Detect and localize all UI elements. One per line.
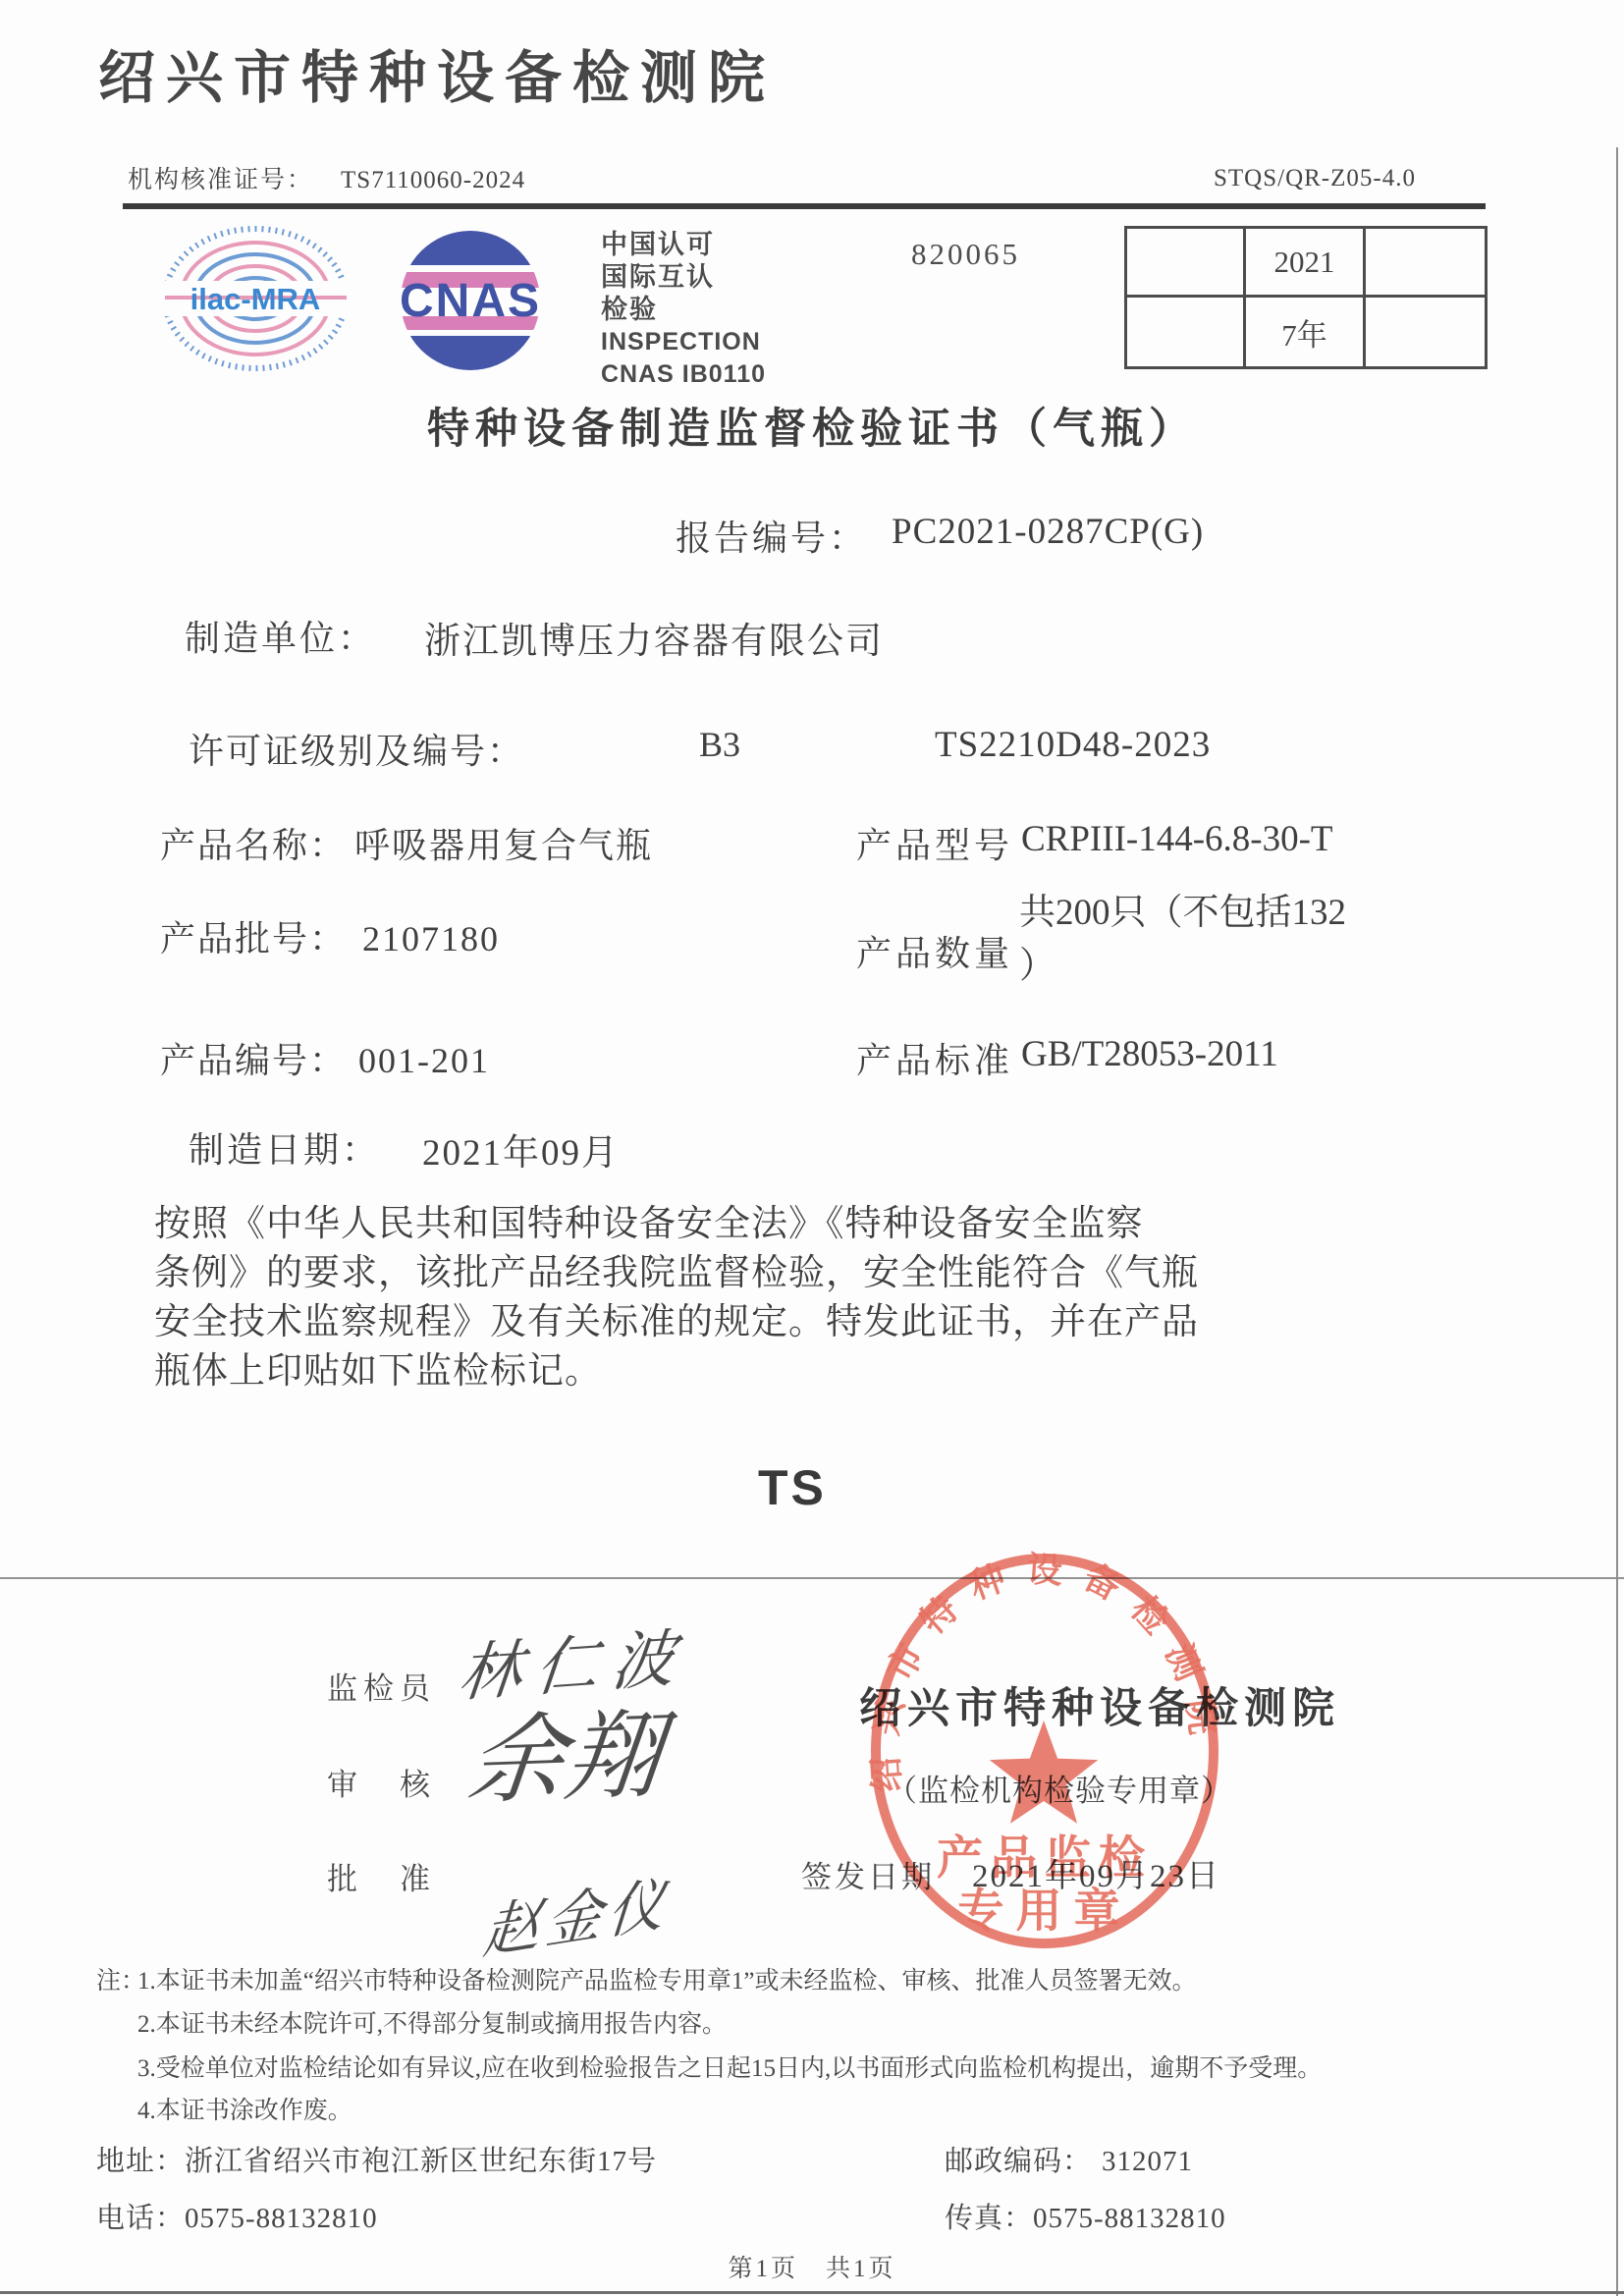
acc-line-1: 中国认可: [601, 229, 766, 261]
fax-label: 传真：: [945, 2203, 1033, 2234]
year-table-cell-duration: 7年: [1246, 298, 1365, 366]
footer-divider: [0, 1577, 1624, 1579]
ts-supervision-mark: TS: [758, 1459, 827, 1516]
year-table-cell-year: 2021: [1246, 229, 1365, 298]
note-item-4: 4.本证书涂改作废。: [137, 2091, 352, 2126]
product-no-value: 001-201: [358, 1041, 490, 1080]
standard-value: GB/T28053-2011: [1021, 1033, 1278, 1075]
accreditation-text: 中国认可 国际互认 检验 INSPECTION CNAS IB0110: [601, 229, 766, 391]
header-divider: [123, 203, 1486, 209]
ilac-mra-logo: ilac-MRA: [155, 224, 356, 373]
official-stamp: 绍兴市特种设备检测院 产品监检 专用章: [856, 1550, 1234, 1952]
standard-label: 产品标准: [856, 1033, 1013, 1083]
statement-line-2: 条例》的要求，该批产品经我院监督检验，安全性能符合《气瓶: [154, 1249, 1470, 1298]
acc-line-2: 国际互认: [601, 261, 766, 294]
review-label: 审 核: [327, 1760, 436, 1804]
approval-label: 机构核准证号：: [128, 167, 313, 193]
manufacturer-label: 制造单位：: [185, 611, 376, 661]
mfg-date-value: 2021年09月: [422, 1122, 620, 1175]
phone-line: 电话：0575-88132810: [96, 2196, 378, 2236]
fax-line: 传真：0575-88132810: [945, 2196, 1226, 2236]
stamp-star: [990, 1721, 1098, 1824]
postcode-line: 邮政编码：312071: [945, 2139, 1193, 2179]
phone-value: 0575-88132810: [185, 2203, 378, 2234]
license-number: TS2210D48-2023: [935, 724, 1211, 766]
approve-signature: 赵金仪: [480, 1856, 674, 1970]
year-table-cell: [1366, 298, 1485, 366]
fax-value: 0575-88132810: [1033, 2203, 1226, 2234]
year-table-cell: [1127, 298, 1246, 366]
statement-paragraph: 按照《中华人民共和国特种设备安全法》《特种设备安全监察 条例》的要求，该批产品经…: [154, 1200, 1470, 1396]
page-info: 第1页 共1页: [0, 2249, 1624, 2284]
stamp-center-line1: 产品监检: [937, 1833, 1153, 1885]
cnas-logo: CNAS: [361, 228, 579, 373]
statement-line-4: 瓶体上印贴如下监检标记。: [154, 1347, 1470, 1396]
approval-number: TS7110060-2024: [341, 167, 525, 193]
approval-line: 机构核准证号：TS7110060-2024: [128, 160, 525, 195]
phone-label: 电话：: [96, 2203, 185, 2234]
product-model-value: CRPIII-144-6.8-30-T: [1021, 818, 1333, 860]
batch-value: 2107180: [362, 919, 500, 958]
note-item-1: 1.本证书未加盖“绍兴市特种设备检测院产品监检专用章1”或未经监检、审核、批准人…: [137, 1961, 1196, 1996]
quantity-value-line1: 共200只（不包括132: [1019, 887, 1346, 940]
mfg-date-label: 制造日期：: [189, 1122, 380, 1173]
statement-line-1: 按照《中华人民共和国特种设备安全法》《特种设备安全监察: [154, 1200, 1470, 1249]
scan-edge-bottom: [0, 2291, 1624, 2294]
acc-line-4: INSPECTION: [601, 326, 766, 358]
quantity-value: 共200只（不包括132 ）: [1019, 887, 1346, 993]
certificate-title: 特种设备制造监督检验证书（气瓶）: [0, 396, 1624, 456]
year-table-cell: [1366, 229, 1485, 298]
product-model-label: 产品型号: [856, 818, 1013, 868]
license-label: 许可证级别及编号：: [189, 724, 524, 774]
year-table-cell: [1127, 229, 1246, 298]
review-signature: 余翔: [462, 1677, 670, 1823]
cnas-text: CNAS: [400, 275, 541, 327]
acc-line-3: 检验: [601, 294, 766, 326]
serial-number: 820065: [911, 237, 1020, 272]
certificate-page: 绍兴市特种设备检测院 机构核准证号：TS7110060-2024 STQS/QR…: [0, 0, 1624, 2296]
product-name-row: 产品名称：呼吸器用复合气瓶: [160, 818, 653, 868]
product-name-label: 产品名称：: [160, 826, 347, 865]
manufacturer-value: 浙江凯博压力容器有限公司: [424, 611, 884, 664]
statement-line-3: 安全技术监察规程》及有关标准的规定。特发此证书，并在产品: [154, 1298, 1470, 1347]
report-label: 报告编号：: [676, 511, 867, 561]
report-value: PC2021-0287CP(G): [892, 511, 1204, 553]
postcode-value: 312071: [1102, 2146, 1193, 2177]
inspector-label: 监检员: [327, 1664, 436, 1708]
license-level: B3: [699, 724, 740, 765]
product-no-label: 产品编号：: [160, 1041, 347, 1080]
note-item-3: 3.受检单位对监检结论如有异议,应在收到检验报告之日起15日内,以书面形式向监检…: [137, 2049, 1322, 2084]
address-label: 地址：: [96, 2146, 185, 2177]
address-value: 浙江省绍兴市袍江新区世纪东街17号: [185, 2146, 657, 2177]
note-item-2: 2.本证书未经本院许可,不得部分复制或摘用报告内容。: [137, 2004, 727, 2040]
acc-line-5: CNAS IB0110: [601, 358, 766, 391]
stamp-center-line2: 专用章: [958, 1886, 1132, 1938]
year-table: 2021 7年: [1124, 226, 1488, 369]
doc-code: STQS/QR-Z05-4.0: [1214, 165, 1416, 192]
scan-edge-right: [1616, 147, 1618, 2296]
address-line: 地址：浙江省绍兴市袍江新区世纪东街17号: [96, 2139, 657, 2179]
postcode-label: 邮政编码：: [945, 2146, 1092, 2177]
batch-label: 产品批号：: [160, 919, 347, 958]
ilac-mra-text: ilac-MRA: [190, 282, 321, 316]
product-name-value: 呼吸器用复合气瓶: [354, 826, 653, 865]
org-title: 绍兴市特种设备检测院: [98, 31, 776, 114]
quantity-label: 产品数量: [856, 926, 1013, 976]
product-no-row: 产品编号：001-201: [160, 1033, 490, 1083]
approve-label: 批 准: [327, 1854, 436, 1898]
batch-row: 产品批号：2107180: [160, 911, 500, 961]
quantity-value-line2: ）: [1019, 940, 1346, 993]
